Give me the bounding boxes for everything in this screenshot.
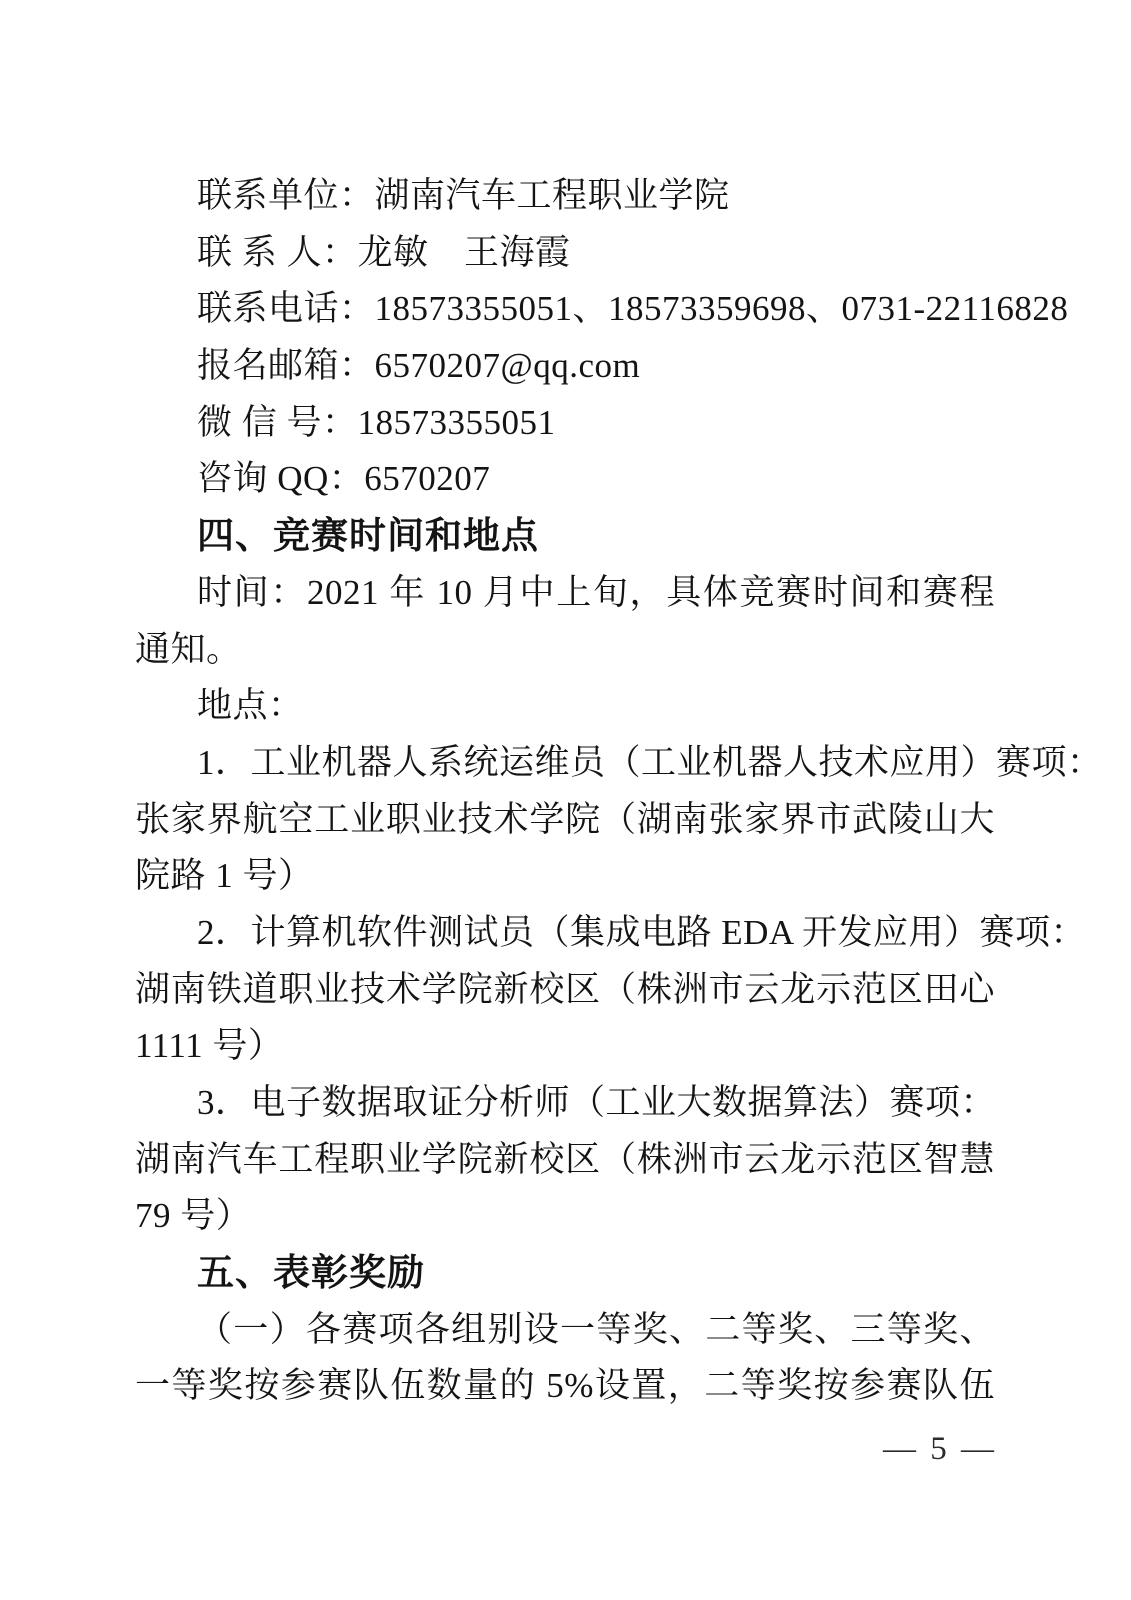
- venue1-address-line1: 张家界航空工业职业技术学院（湖南张家界市武陵山大道学: [135, 792, 995, 849]
- contact-qq-line: 咨询 QQ：6570207: [135, 451, 995, 508]
- contact-unit-line: 联系单位：湖南汽车工程职业学院: [135, 168, 995, 225]
- venue2-title-line: 2．计算机软件测试员（集成电路 EDA 开发应用）赛项：: [135, 905, 995, 962]
- section4-time-line2: 通知。: [135, 622, 995, 679]
- contact-phone-line: 联系电话：18573355051、18573359698、0731-221168…: [135, 281, 995, 338]
- section5-para-line1: （一）各赛项各组别设一等奖、二等奖、三等奖、优胜奖，: [135, 1302, 995, 1359]
- section4-time-line1: 时间：2021 年 10 月中上旬，具体竞赛时间和赛程安排另行: [135, 565, 995, 622]
- venue2-address-line1: 湖南铁道职业技术学院新校区（株洲市云龙示范区田心大道: [135, 962, 995, 1019]
- section4-heading: 四、竞赛时间和地点: [135, 508, 995, 565]
- contact-person-line: 联 系 人：龙敏 王海霞: [135, 225, 995, 282]
- venue3-address-line1: 湖南汽车工程职业学院新校区（株洲市云龙示范区智慧路: [135, 1132, 995, 1189]
- page-number: — 5 —: [883, 1429, 997, 1469]
- document-page: 联系单位：湖南汽车工程职业学院 联 系 人：龙敏 王海霞 联系电话：185733…: [0, 0, 1131, 1600]
- contact-email-line: 报名邮箱：6570207@qq.com: [135, 338, 995, 395]
- contact-wechat-line: 微 信 号：18573355051: [135, 395, 995, 452]
- venue2-address-line2: 1111 号）: [135, 1018, 995, 1075]
- venue3-address-line2: 79 号）: [135, 1188, 995, 1245]
- venue3-title-line: 3．电子数据取证分析师（工业大数据算法）赛项：: [135, 1075, 995, 1132]
- section5-heading: 五、表彰奖励: [135, 1245, 995, 1302]
- venue1-address-line2: 院路 1 号）: [135, 848, 995, 905]
- section4-location-label: 地点：: [135, 678, 995, 735]
- section5-para-line2: 一等奖按参赛队伍数量的 5%设置，二等奖按参赛队伍数量的 10%: [135, 1358, 995, 1415]
- document-body: 联系单位：湖南汽车工程职业学院 联 系 人：龙敏 王海霞 联系电话：185733…: [135, 168, 995, 1415]
- venue1-title-line: 1．工业机器人系统运维员（工业机器人技术应用）赛项：: [135, 735, 995, 792]
